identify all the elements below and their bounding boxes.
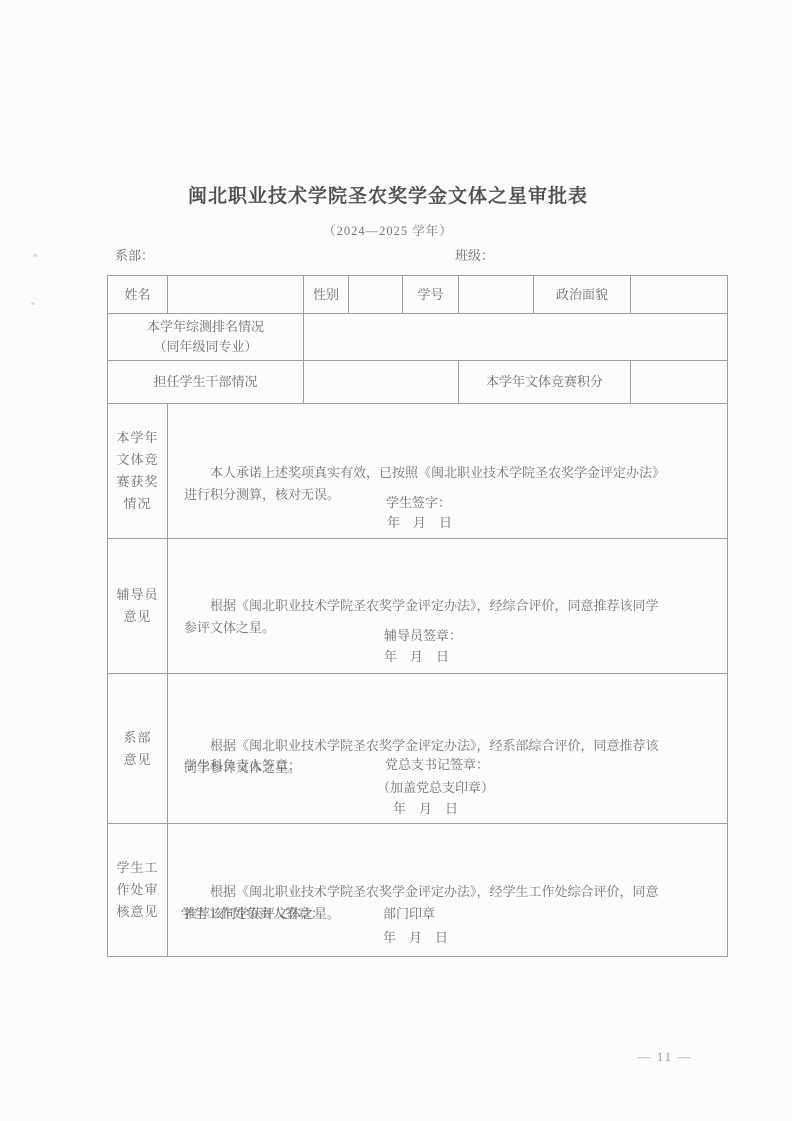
department-seal-label: 部门印章: [383, 903, 435, 922]
date-line: 年 月 日: [393, 798, 458, 817]
academic-year-subtitle: （2024—2025 学年）: [8, 221, 768, 239]
student-affairs-office-content-cell: 根据《闽北职业技术学院圣农奖学金评定办法》，经学生工作处综合评价，同意 推荐该同…: [168, 824, 728, 957]
department-opinion-label-cell: 系部 意见: [108, 674, 168, 824]
student-id-value-cell: [459, 276, 534, 314]
gender-value-cell: [349, 276, 403, 314]
date-line: 年 月 日: [384, 646, 449, 665]
table-row: 学生工 作处审 核意见 根据《闽北职业技术学院圣农奖学金评定办法》，经学生工作处…: [108, 824, 728, 957]
awards-section-label-cell: 本学年 文体竞 赛获奖 情况: [108, 404, 168, 539]
cadre-label-cell: 担任学生干部情况: [108, 361, 304, 404]
counselor-signature-label: 辅导员签章：: [384, 625, 462, 644]
scan-speck: [31, 302, 35, 305]
table-row: 担任学生干部情况 本学年文体竞赛积分: [108, 361, 728, 404]
date-line: 年 月 日: [387, 512, 452, 531]
score-label-cell: 本学年文体竞赛积分: [459, 361, 631, 404]
department-label: 系部：: [115, 245, 154, 264]
table-row: 本学年综测排名情况 （同年级同专业）: [108, 314, 728, 361]
ranking-value-cell: [304, 314, 728, 361]
counselor-opinion-content-cell: 根据《闽北职业技术学院圣农奖学金评定办法》，经综合评价，同意推荐该同学 参评文体…: [168, 539, 728, 674]
date-line: 年 月 日: [383, 927, 448, 946]
scan-speck: [33, 254, 37, 257]
score-value-cell: [631, 361, 728, 404]
form-title: 闽北职业技术学院圣农奖学金文体之星审批表: [8, 181, 768, 208]
student-affairs-office-label-cell: 学生工 作处审 核意见: [108, 824, 168, 957]
student-id-label-cell: 学号: [403, 276, 459, 314]
name-label-cell: 姓名: [108, 276, 168, 314]
counselor-opinion-label-cell: 辅导员 意见: [108, 539, 168, 674]
cadre-value-cell: [304, 361, 459, 404]
table-row: 系部 意见 根据《闽北职业技术学院圣农奖学金评定办法》，经系部综合评价，同意推荐…: [108, 674, 728, 824]
political-status-value-cell: [631, 276, 728, 314]
class-label: 班级：: [455, 245, 494, 264]
party-secretary-signature-label: 党总支书记签章：: [385, 754, 489, 773]
ranking-label-cell: 本学年综测排名情况 （同年级同专业）: [108, 314, 304, 361]
student-signature-label: 学生签字：: [386, 492, 451, 511]
table-row: 姓名 性别 学号 政治面貌: [108, 276, 728, 314]
party-seal-note: （加盖党总支印章）: [377, 777, 494, 796]
political-status-label-cell: 政治面貌: [534, 276, 631, 314]
page-number: — 11 —: [600, 1050, 730, 1065]
awards-section-content-cell: 本人承诺上述奖项真实有效，已按照《闽北职业技术学院圣农奖学金评定办法》 进行积分…: [168, 404, 728, 539]
office-head-signature-label: 学生工作处负责人签章：: [181, 903, 324, 922]
name-value-cell: [168, 276, 304, 314]
department-opinion-content-cell: 根据《闽北职业技术学院圣农奖学金评定办法》，经系部综合评价，同意推荐该 同学参评…: [168, 674, 728, 824]
student-affairs-head-signature-label: 学生科负责人签章：: [184, 755, 301, 774]
scanned-form-page: 闽北职业技术学院圣农奖学金文体之星审批表 （2024—2025 学年） 系部： …: [0, 0, 792, 1121]
table-row: 辅导员 意见 根据《闽北职业技术学院圣农奖学金评定办法》，经综合评价，同意推荐该…: [108, 539, 728, 674]
gender-label-cell: 性别: [304, 276, 349, 314]
table-row: 本学年 文体竞 赛获奖 情况 本人承诺上述奖项真实有效，已按照《闽北职业技术学院…: [108, 404, 728, 539]
approval-form-table: 姓名 性别 学号 政治面貌 本学年综测排名情况 （同年级同专业） 担任学生干部情…: [107, 275, 728, 957]
